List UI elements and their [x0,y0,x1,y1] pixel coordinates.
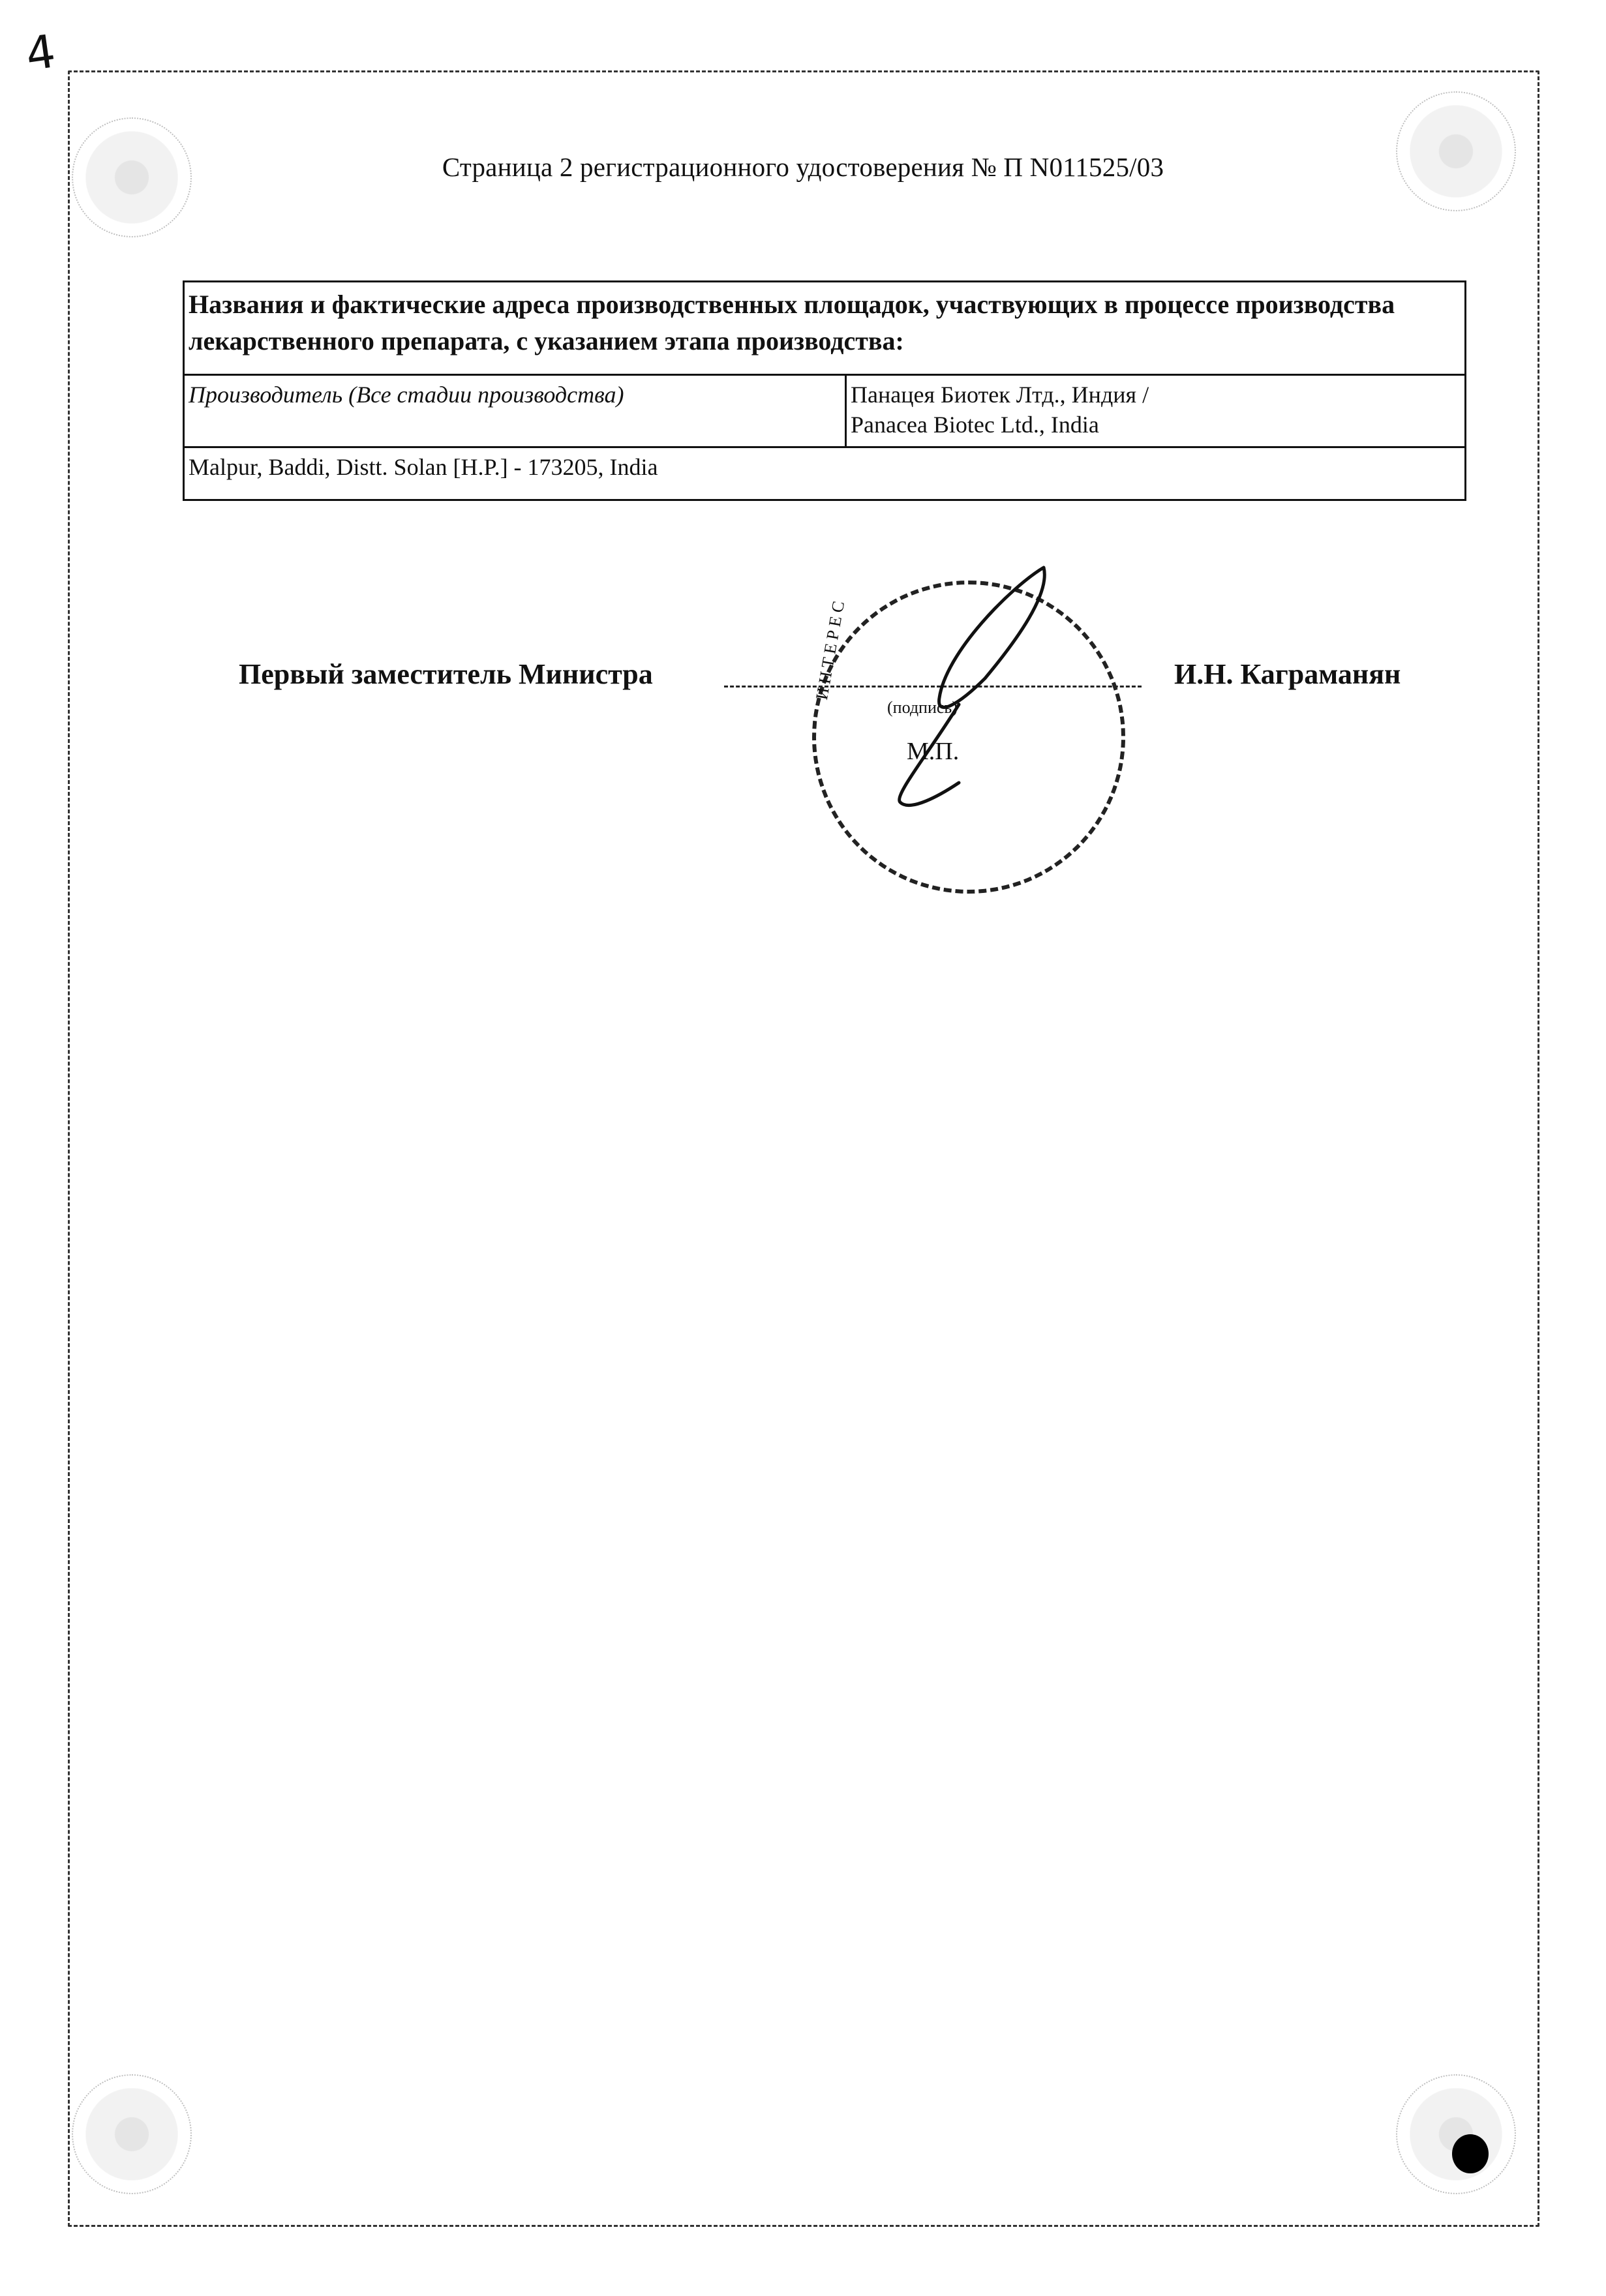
manufacturer-role: Производитель (Все стадии производства) [184,375,846,447]
corner-ornament-icon [1396,2074,1516,2194]
corner-ornament-icon [72,2074,192,2194]
company-name-ru: Панацея Биотек Лтд., Индия / [851,380,1461,410]
company-name-en: Panacea Biotec Ltd., India [851,410,1461,440]
handwritten-signature-icon [848,548,1083,822]
table-heading: Названия и фактические адреса производст… [184,282,1466,375]
manufacturer-address: Malpur, Baddi, Distt. Solan [H.P.] - 173… [184,447,1466,500]
page-number-mark: 4 [23,24,59,81]
manufacturing-sites-table: Названия и фактические адреса производст… [183,280,1466,501]
table-row: Производитель (Все стадии производства) … [184,375,1466,447]
signatory-title: Первый заместитель Министра [239,657,653,691]
signatory-name: И.Н. Каграманян [1174,657,1401,691]
hole-punch-mark-icon [1452,2134,1489,2173]
manufacturer-name: Панацея Биотек Лтд., Индия / Panacea Bio… [846,375,1466,447]
page-header: Страница 2 регистрационного удостоверени… [0,151,1606,183]
